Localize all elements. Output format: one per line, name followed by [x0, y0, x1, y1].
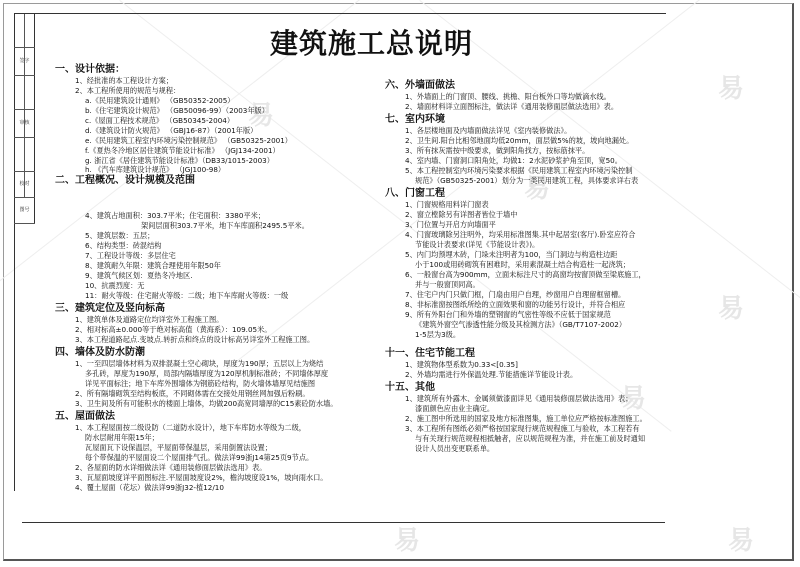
list-item: 2、施工图中所选用的国家及地方标准图集，施工单位应严格按标准图施工。	[385, 414, 685, 424]
section-heading-4: 四、墙体及防水防潮	[55, 346, 375, 359]
title-block-cell-review: 审核	[14, 110, 35, 138]
list-item: 5、内门均预埋木砖，门垛未注明者为100，当门洞边与构造柱边距	[385, 250, 685, 260]
list-item-continuation: 瓦屋面瓦下设保温层，平屋面带保温层，采用倒置法设置；	[55, 443, 375, 453]
section-heading-11: 十一、住宅节能工程	[385, 347, 685, 360]
list-item: 4、覆土屋面（花坛）做法详99浙J32-植12/10	[55, 483, 375, 493]
list-item: 3、本工程道路起点.变坡点.转折点和终点的设计标高另详室外工程施工图。	[55, 335, 375, 345]
list-item: 5、本工程控制室内环境污染要求根据《民用建筑工程室内环境污染控制	[385, 166, 685, 176]
list-item: 3、门位置与开启方向墙面平	[385, 220, 685, 230]
section-heading-6: 六、外墙面做法	[385, 79, 685, 92]
list-item-continuation: 防水层耐用年限15年；	[55, 433, 375, 443]
list-item: 6、结构类型：砖混结构	[55, 241, 375, 251]
list-item: 8、建筑耐久年限：建筑合理使用年限50年	[55, 261, 375, 271]
section-heading-1: 一、设计依据：	[55, 63, 375, 76]
title-block: 签字 审核 校对 图号	[14, 14, 35, 224]
list-item: 2、相对标高±0.000等于绝对标高值（黄海系）：109.05米。	[55, 325, 375, 335]
list-item: 2、所有隔墙砌筑至结构板底，不同砌体需在交接处用钢丝网加强后粉刷。	[55, 389, 375, 399]
list-item-continuation: 规范》（GB50325-2001）划分为一类民用建筑工程，具体要求详右表	[385, 176, 685, 186]
section-heading-3: 三、建筑定位及竖向标高	[55, 302, 375, 315]
title-block-cell	[14, 76, 35, 110]
document-title: 建筑施工总说明	[270, 22, 473, 62]
list-item: 10、抗震烈度：无	[55, 281, 375, 291]
list-item: 7、住宅户内门只做门框，门扇由用户自理，纱窗用户自理留框留槽。	[385, 290, 685, 300]
list-item-continuation: 多孔砖，厚度为190厚，局部内隔墙厚度为120厚机制标准砖；不同墙体厚度	[55, 369, 375, 379]
list-item-continuation: 小于100或用砖砌筑有困难时，采用素混凝土结合构造柱一起浇筑；	[385, 260, 685, 270]
norm-item: h. 《汽车库建筑设计规范》 （JGJ100-98）	[55, 166, 375, 173]
list-item-continuation: 架间层面积303.7平米，地下车库面积2495.5平米。	[55, 221, 375, 231]
list-item: 1、经批准的本工程设计方案；	[55, 76, 375, 86]
list-item: 2、各屋面的防水详细做法详《通用装修面层做法选用》表。	[55, 463, 375, 473]
list-item-continuation: 设计人员出变更联系单。	[385, 444, 685, 454]
norm-item: a.《民用建筑设计通则》 （GB50352-2005）	[55, 96, 375, 106]
list-item-continuation: 每个带保温的平屋面设二个屋面排气孔。做法详99浙J14第25页9节点。	[55, 453, 375, 463]
list-item: 7、工程设计等级：多层住宅	[55, 251, 375, 261]
list-item: 4、室内墙、门窗洞口阳角处，均做1：2水泥砂浆护角至顶，宽50。	[385, 156, 685, 166]
norm-item: c.《屋面工程技术规范》 （GB50345-2004）	[55, 116, 375, 126]
section-heading-2: 二、工程概况、设计规模及范围	[55, 174, 375, 187]
list-item: 8、非标准窗按图纸所绘的立面效果和窗的功能另行设计，并符合相应	[385, 300, 685, 310]
list-item-continuation: 《建筑外窗空气渗透性能分级及其检测方法》（GB/T7107-2002）	[385, 320, 685, 330]
list-item: 3、卫生间及所有可能积水的楼面上墙体，均做200高宽同墙厚的C15素砼防水墙。	[55, 399, 375, 409]
title-block-cell-sign: 签字	[14, 48, 35, 76]
list-item: 2、窗立樘除另有详图者皆位于墙中	[385, 210, 685, 220]
list-item: 1、各层楼地面及内墙面做法详见《室内装修做法》。	[385, 126, 685, 136]
list-item: 5、建筑层数：五层；	[55, 231, 375, 241]
list-item-continuation: 1-5层为3级。	[385, 330, 685, 340]
section-heading-8: 八、门窗工程	[385, 187, 685, 200]
list-item-continuation: 漆面颜色应由业主确定。	[385, 404, 685, 414]
list-item: 2、外墙均需进行外保温处理.节能措施详节能设计表。	[385, 370, 685, 380]
list-item: 2、墙面材料详立面图标注，做法详《通用装修面层做法选用》表。	[385, 102, 685, 112]
list-item: 1、建筑单体及道路定位均详室外工程施工图。	[55, 315, 375, 325]
section-heading-7: 七、室内环境	[385, 113, 685, 126]
norm-item: e.《民用建筑工程室内环境污染控制规范》 （GB50325-2001）	[55, 136, 375, 146]
list-item: 3、瓦屋面坡度详平面图标注.平屋面坡度设2%，檐沟坡度设1%，坡向雨水口。	[55, 473, 375, 483]
title-block-cell-drawing-no: 图号	[14, 198, 35, 224]
section-heading-5: 五、屋面做法	[55, 410, 375, 423]
list-item-continuation: 与有关现行规范规程相抵触者，应以规范规程为准，并在施工前及时通知	[385, 434, 685, 444]
list-item: 1、外墙面上的门窗顶、腰线、挑檐、阳台板外口等均做滴水线。	[385, 92, 685, 102]
title-block-cell-check: 校对	[14, 172, 35, 198]
list-item: 4、门窗玻璃除另注明外，均采用标准图集.其中起居室(客厅).卧室应符合	[385, 230, 685, 240]
list-item: 1、一至四层墙体材料为双排混凝土空心砌块，厚度为190厚；五层以上为烧结	[55, 359, 375, 369]
list-item-continuation: 节能设计表要求(详见《节能设计表》)。	[385, 240, 685, 250]
list-item: 2、本工程所使用的规范与规程：	[55, 86, 375, 96]
list-item: 3、本工程所有图纸必须严格按国家现行规范规程施工与验收，本工程若有	[385, 424, 685, 434]
list-item: 1、本工程屋面按二级设防（二道防水设计），地下车库防水等级为二级，	[55, 423, 375, 433]
norm-item: b.《住宅建筑设计规范》 （GB50096-99）（2003年版）	[55, 106, 375, 116]
list-item: 1、门窗规格用料详门窗表	[385, 200, 685, 210]
list-item: 9、建筑气候区划：夏热冬冷地区.	[55, 271, 375, 281]
section-heading-15: 十五、其他	[385, 381, 685, 394]
list-item: 1、建筑物体型系数为0.33<[0.35]	[385, 360, 685, 370]
title-block-cell	[14, 14, 35, 48]
list-item: 11：耐火等级：住宅耐火等级：二级；地下车库耐火等级：一级	[55, 291, 375, 301]
left-column: 一、设计依据： 1、经批准的本工程设计方案； 2、本工程所使用的规范与规程： a…	[55, 62, 375, 493]
list-item: 2、卫生间.阳台比相邻地面均低20mm，面层做5%的坡，坡向地漏处。	[385, 136, 685, 146]
list-item: 4、建筑占地面积：303.7平米；住宅面积：3380平米；	[55, 211, 375, 221]
norm-item: d.《建筑设计防火规范》 （GBJ16-87）（2001年版）	[55, 126, 375, 136]
norm-item: f.《夏热冬冷地区居住建筑节能设计标准》 （JGJ134-2001）	[55, 146, 375, 156]
list-item: 3、所有抹灰需按中级要求，做到阳角找方，按标筋抹平。	[385, 146, 685, 156]
title-block-cell	[14, 138, 35, 172]
list-item-continuation: 详见平面标注；地下车库外围墙体为钢筋砼结构，防火墙体墙厚见结施图	[55, 379, 375, 389]
list-item: 6、一般窗台高为900mm，立面未标注尺寸的高窗均按窗顶做至梁底施工，	[385, 270, 685, 280]
right-column: 六、外墙面做法 1、外墙面上的门窗顶、腰线、挑檐、阳台板外口等均做滴水线。 2、…	[385, 78, 685, 454]
list-item-continuation: 并与一般窗顶同高。	[385, 280, 685, 290]
list-item: 9、所有外阳台门和外墙的塑钢窗的气密性等级不应低于国家规范	[385, 310, 685, 320]
frame-bottom-line	[22, 522, 665, 523]
list-item: 1、建筑所有外露木、金属须做漆面详见《通用装修面层做法选用》表；	[385, 394, 685, 404]
